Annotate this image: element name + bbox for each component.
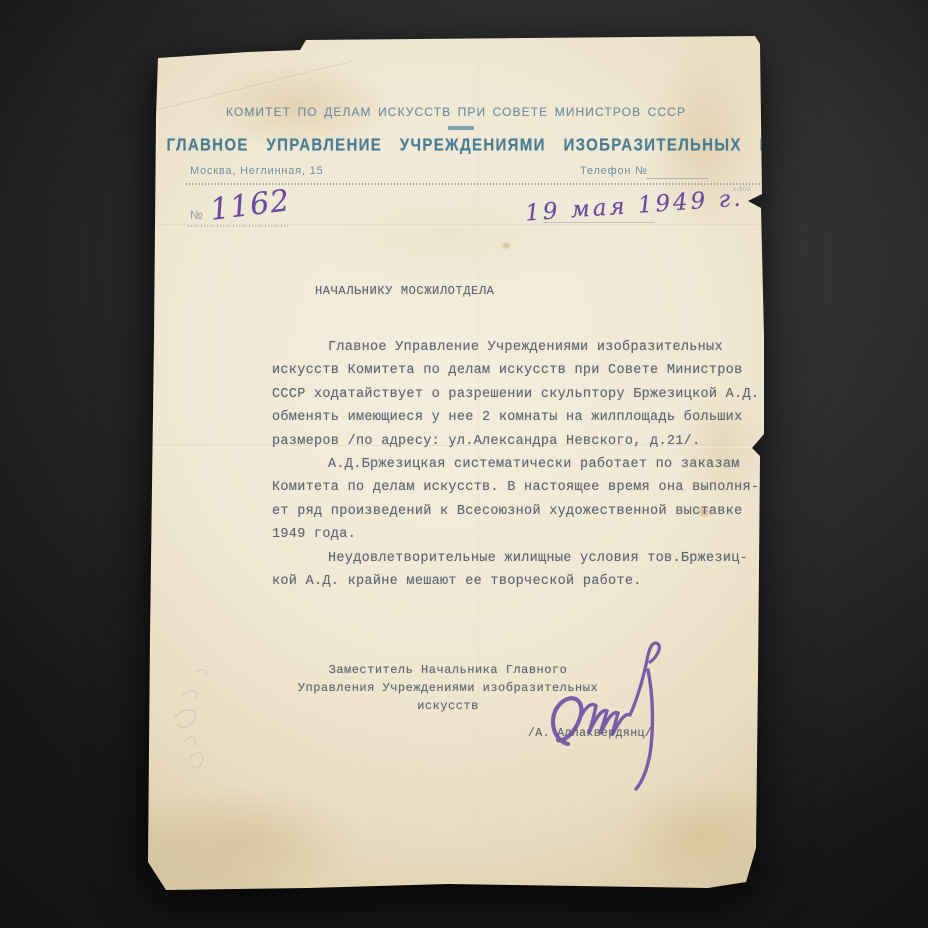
letterhead-phone-label: Телефон № (580, 165, 648, 177)
doc-date-handwritten: 19 мая 1949 г. (524, 185, 744, 226)
stain (618, 781, 778, 891)
letter-body: Главное Управление Учреждениями изобрази… (272, 336, 742, 593)
stain (298, 176, 598, 296)
doc-number-rule (188, 225, 288, 227)
letterhead-divider-dash (448, 126, 474, 130)
stain (128, 786, 358, 896)
body-line: искусств Комитета по делам искусств при … (272, 359, 742, 382)
letterhead-org-line: КОМИТЕТ ПО ДЕЛАМ ИСКУССТВ ПРИ СОВЕТЕ МИН… (148, 105, 764, 119)
body-line: Неудовлетворительные жилищные условия то… (272, 547, 742, 570)
body-line: Главное Управление Учреждениями изобрази… (272, 336, 742, 359)
rust-spot (500, 241, 512, 250)
phone-underline (646, 178, 708, 179)
doc-number-label: № (190, 208, 204, 222)
recipient-line: НАЧАЛЬНИКУ МОСЖИЛОТДЕЛА (315, 284, 494, 298)
letterhead-address: Москва, Неглинная, 15 (190, 165, 323, 177)
doc-number-value: 1162 (208, 183, 292, 228)
body-line: размеров /по адресу: ул.Александра Невск… (272, 430, 742, 453)
body-line: Комитета по делам искусств. В настоящее … (272, 476, 742, 499)
body-line: А.Д.Бржезицкая систематически работает п… (272, 453, 742, 476)
doc-date-rule (543, 222, 655, 223)
paper-shadow-wrap: КОМИТЕТ ПО ДЕЛАМ ИСКУССТВ ПРИ СОВЕТЕ МИН… (148, 36, 764, 890)
body-line: СССР ходатайствует о разрешении скульпто… (272, 383, 742, 406)
body-line: 1949 года. (272, 523, 742, 546)
body-line: кой А.Д. крайне мешают ее творческой раб… (272, 570, 742, 593)
letterhead-department-line: ГЛАВНОЕ УПРАВЛЕНИЕ УЧРЕЖДЕНИЯМИ ИЗОБРАЗИ… (166, 136, 745, 155)
signature-scribble (546, 632, 686, 797)
body-line: обменять имеющиеся у нее 2 комнаты на жи… (272, 406, 742, 429)
photo-background: КОМИТЕТ ПО ДЕЛАМ ИСКУССТВ ПРИ СОВЕТЕ МИН… (0, 0, 928, 928)
body-line: ет ряд произведений к Всесоюзной художес… (272, 500, 742, 523)
pencil-note (156, 658, 226, 778)
paper: КОМИТЕТ ПО ДЕЛАМ ИСКУССТВ ПРИ СОВЕТЕ МИН… (148, 36, 764, 890)
